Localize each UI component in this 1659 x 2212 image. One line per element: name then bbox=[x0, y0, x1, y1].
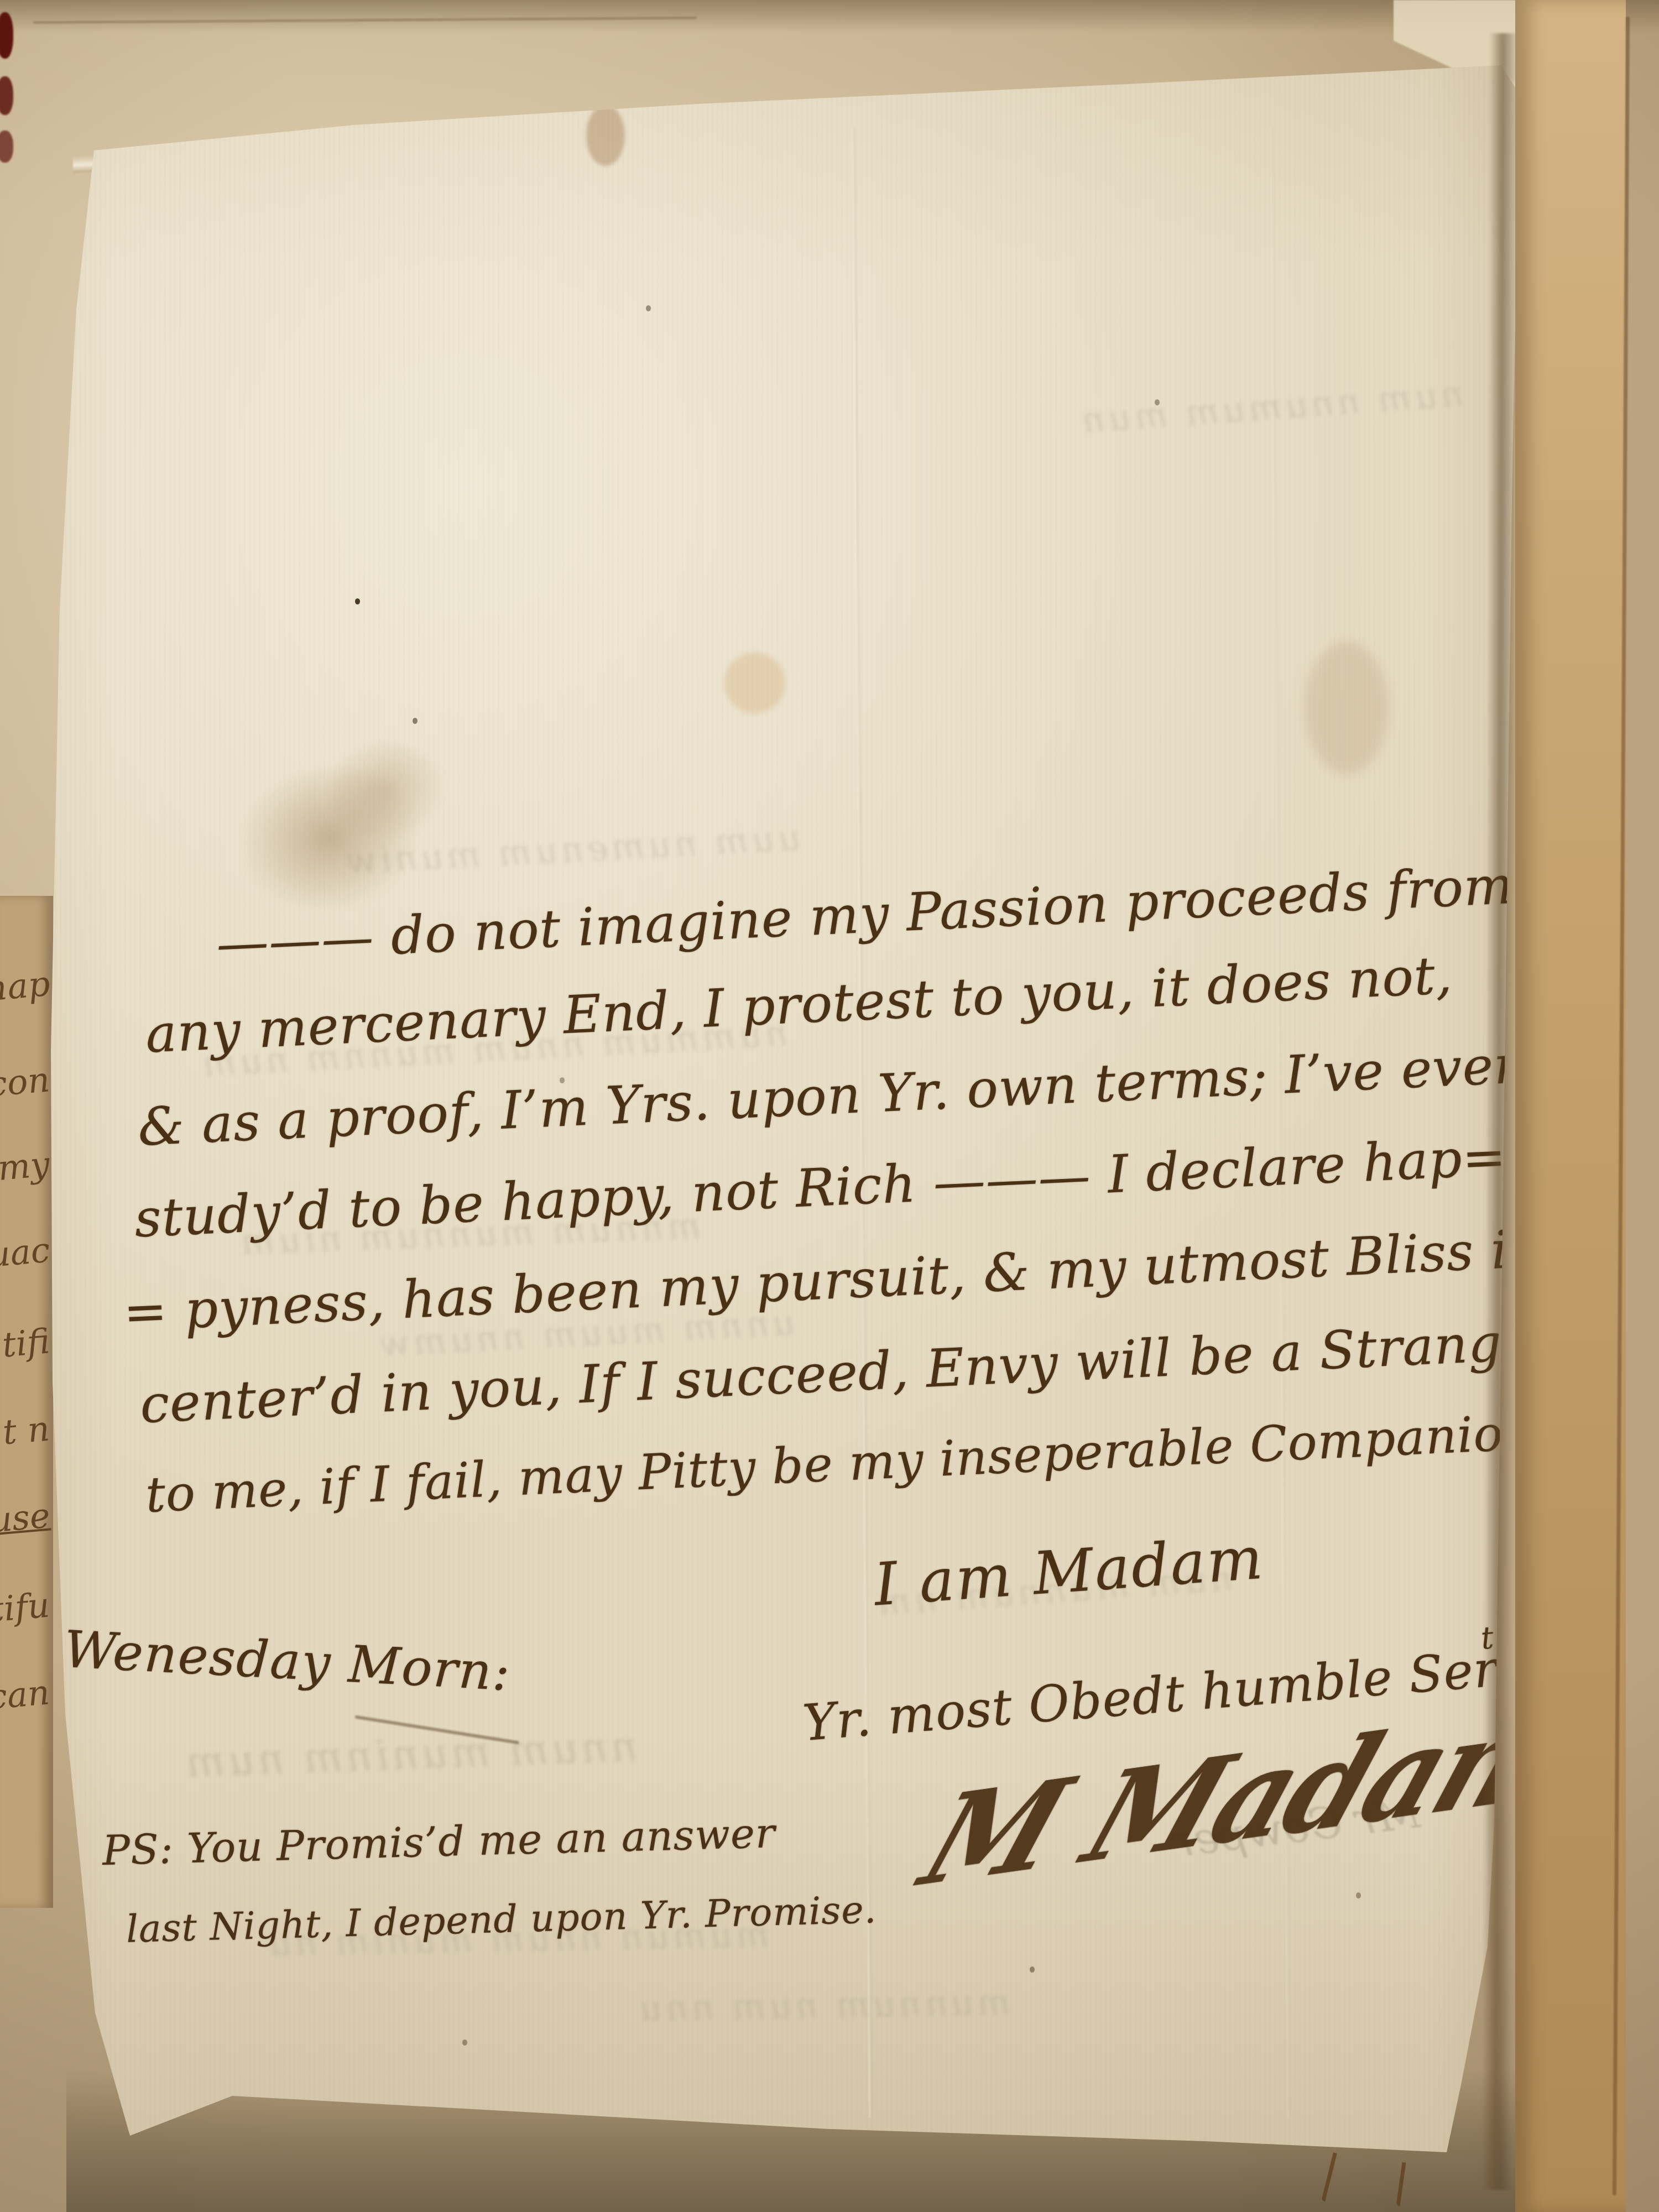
fly-speck bbox=[646, 305, 651, 311]
photo-of-manuscript-letter: uahap con my quac tifi t n use tifu can … bbox=[0, 0, 1659, 2212]
binding-mark bbox=[0, 12, 13, 59]
previous-page-fragment: con bbox=[0, 1059, 51, 1104]
previous-page-fragment: use bbox=[0, 1495, 51, 1540]
fly-speck bbox=[1030, 1966, 1035, 1973]
fox-spot bbox=[724, 653, 785, 713]
fox-spot bbox=[1305, 641, 1388, 774]
binding-mark bbox=[0, 76, 13, 115]
fox-spot bbox=[586, 105, 625, 166]
previous-page-strip: uahap con my quac tifi t n use tifu can bbox=[0, 896, 53, 1908]
fly-speck bbox=[413, 718, 418, 724]
binding-mark bbox=[0, 131, 13, 163]
previous-page-fragment: tifi bbox=[1, 1321, 51, 1365]
ghost-text: munnum num nnu bbox=[635, 1982, 1011, 2030]
previous-page-fragment: tifu bbox=[0, 1584, 51, 1630]
previous-page-fragment: my bbox=[0, 1144, 51, 1188]
letter-page: num nnumum mun uum numenum muniw nummum … bbox=[0, 0, 1659, 2212]
previous-page-fragment: quac bbox=[0, 1230, 51, 1277]
previous-page-fragment: can bbox=[0, 1672, 51, 1717]
previous-page-fragment: uahap bbox=[0, 963, 51, 1013]
fly-speck bbox=[462, 2039, 467, 2046]
fly-speck bbox=[355, 598, 360, 604]
page-edge-band bbox=[1515, 0, 1626, 2212]
fly-speck bbox=[1356, 1892, 1361, 1898]
previous-page-fragment: t n bbox=[1, 1408, 51, 1452]
